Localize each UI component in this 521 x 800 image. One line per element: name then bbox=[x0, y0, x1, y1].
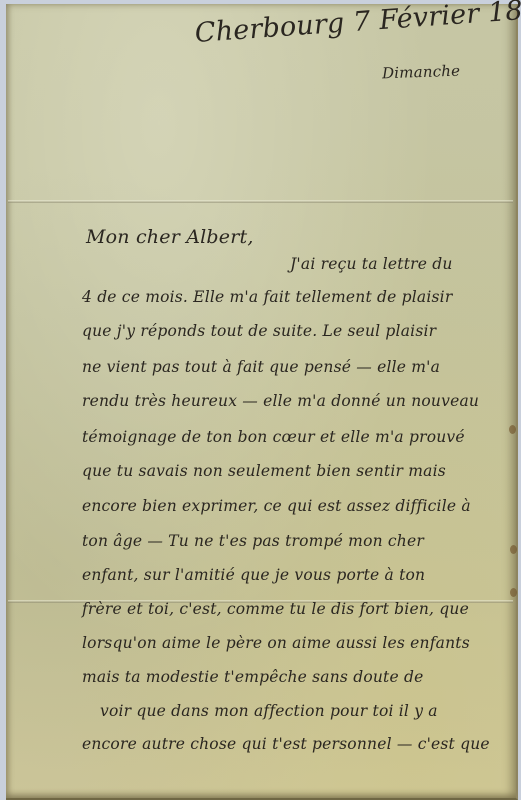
letter-line: enfant, sur l'amitié que je vous porte à… bbox=[82, 566, 425, 584]
fold-crease-upper bbox=[8, 200, 513, 203]
letter-line: encore bien exprimer, ce qui est assez d… bbox=[82, 497, 471, 515]
letter-line: voir que dans mon affection pour toi il … bbox=[100, 702, 438, 720]
letter-weekday: Dimanche bbox=[382, 62, 461, 83]
letter-line: J'ai reçu ta lettre du bbox=[290, 255, 453, 273]
letter-line: 4 de ce mois. Elle m'a fait tellement de… bbox=[82, 288, 452, 306]
letter-line: rendu très heureux — elle m'a donné un n… bbox=[82, 392, 479, 410]
letter-line: mais ta modestie t'empêche sans doute de bbox=[82, 668, 423, 686]
letter-salutation: Mon cher Albert, bbox=[86, 226, 254, 248]
letter-line: ne vient pas tout à fait que pensé — ell… bbox=[82, 358, 440, 376]
ink-stain bbox=[509, 425, 516, 434]
letter-line: encore autre chose qui t'est personnel —… bbox=[82, 735, 490, 753]
letter-line: lorsqu'on aime le père on aime aussi les… bbox=[82, 634, 470, 652]
ink-stain bbox=[510, 545, 517, 554]
letter-line: frère et toi, c'est, comme tu le dis for… bbox=[82, 600, 469, 618]
ink-stain bbox=[510, 588, 517, 597]
letter-line: que j'y réponds tout de suite. Le seul p… bbox=[82, 322, 436, 340]
letter-line: que tu savais non seulement bien sentir … bbox=[82, 462, 446, 480]
letter-line: ton âge — Tu ne t'es pas trompé mon cher bbox=[82, 532, 424, 550]
letter-line: témoignage de ton bon cœur et elle m'a p… bbox=[82, 428, 465, 446]
